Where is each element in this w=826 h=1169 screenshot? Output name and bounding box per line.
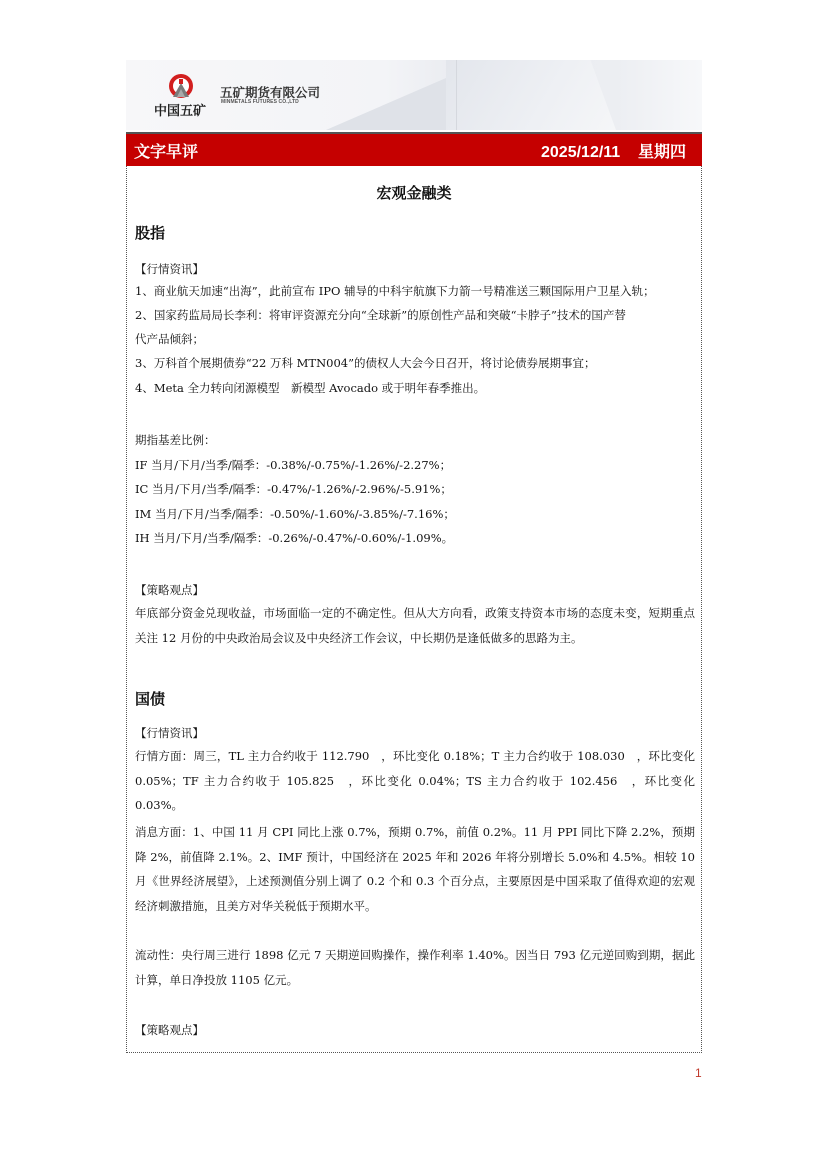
- basis-row-if: IF 当月/下月/当季/隔季：-0.38%/-0.75%/-1.26%/-2.2…: [135, 453, 695, 477]
- news-item: 1、商业航天加速“出海”，此前宣布 IPO 辅导的中科宇航旗下力箭一号精准送三颗…: [135, 279, 695, 303]
- strategy-label: 【策略观点】: [135, 1018, 695, 1042]
- market-text: 行情方面：周三，TL 主力合约收于 112.790 ，环比变化 0.18%；T …: [135, 744, 695, 818]
- header-banner: [126, 60, 702, 130]
- group-logo-text: 中国五矿: [154, 100, 206, 119]
- basis-row-im: IM 当月/下月/当季/隔季：-0.50%/-1.60%/-3.85%/-7.1…: [135, 502, 695, 526]
- news-text: 消息方面：1、中国 11 月 CPI 同比上涨 0.7%，预期 0.7%，前值 …: [135, 820, 695, 918]
- report-date-group: 2025/12/11 星期四: [541, 139, 686, 162]
- report-weekday: 星期四: [638, 144, 686, 161]
- basis-row-ih: IH 当月/下月/当季/隔季：-0.26%/-0.47%/-0.60%/-1.0…: [135, 526, 695, 550]
- minmetals-logo-icon: [168, 73, 194, 99]
- report-body: 宏观金融类 股指 【行情资讯】 1、商业航天加速“出海”，此前宣布 IPO 辅导…: [126, 166, 702, 1053]
- banner-decoration: [326, 78, 446, 130]
- report-title-bar: 文字早评 2025/12/11 星期四: [126, 132, 702, 166]
- banner-decoration: [446, 60, 616, 130]
- news-label: 【行情资讯】: [135, 257, 695, 281]
- news-item: 3、万科首个展期债券“22 万科 MTN004”的债权人大会今日召开，将讨论债券…: [135, 351, 695, 375]
- strategy-text: 年底部分资金兑现收益，市场面临一定的不确定性。但从大方向看，政策支持资本市场的态…: [135, 601, 695, 650]
- strategy-label: 【策略观点】: [135, 578, 695, 602]
- basis-row-ic: IC 当月/下月/当季/隔季：-0.47%/-1.26%/-2.96%/-5.9…: [135, 477, 695, 501]
- company-name-en: MINMETALS FUTURES CO.,LTD: [221, 99, 299, 105]
- news-item: 4、Meta 全力转向闭源模型 新模型 Avocado 或于明年春季推出。: [135, 376, 695, 400]
- news-label: 【行情资讯】: [135, 721, 695, 745]
- basis-label: 期指基差比例：: [135, 428, 695, 452]
- news-item: 2、国家药监局局长李利：将审评资源充分向“全球新”的原创性产品和突破“卡脖子”技…: [135, 303, 695, 327]
- report-date: 2025/12/11: [541, 144, 620, 161]
- report-type: 文字早评: [134, 139, 198, 162]
- page-number: 1: [695, 1066, 702, 1080]
- liquidity-text: 流动性：央行周三进行 1898 亿元 7 天期逆回购操作，操作利率 1.40%。…: [135, 943, 695, 992]
- section-title-treasury: 国债: [135, 688, 165, 709]
- category-title: 宏观金融类: [127, 182, 701, 203]
- section-title-stock-index: 股指: [135, 222, 165, 243]
- banner-decoration: [456, 60, 457, 130]
- news-item: 代产品倾斜；: [135, 327, 695, 351]
